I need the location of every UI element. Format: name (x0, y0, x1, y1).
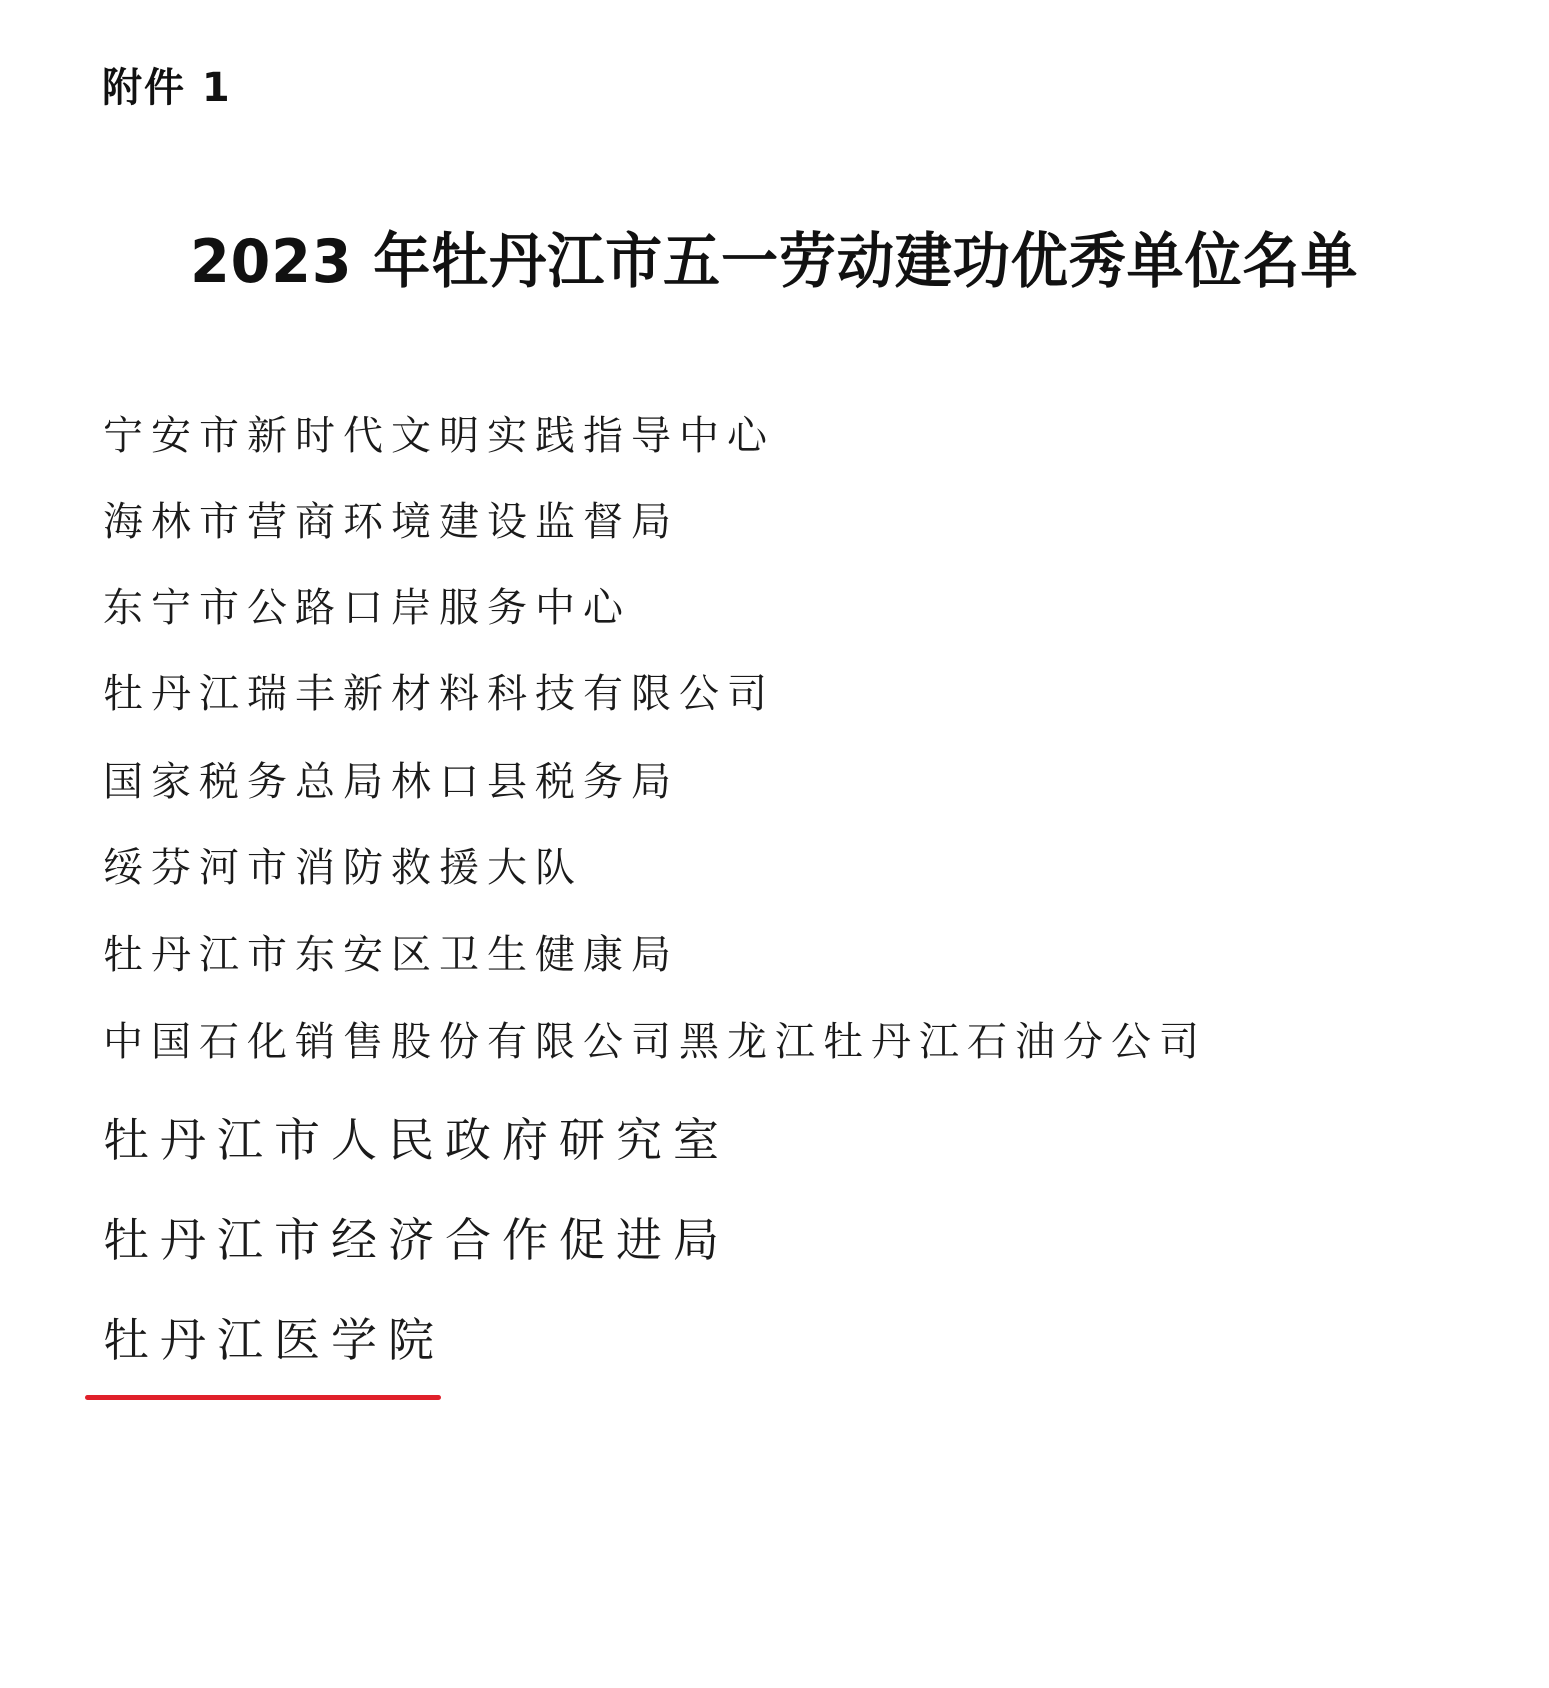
unit-item: 牡丹江市人民政府研究室 (103, 1110, 730, 1170)
unit-item-highlighted: 牡丹江医学院 (103, 1310, 445, 1370)
unit-item: 牡丹江瑞丰新材料科技有限公司 (103, 668, 775, 720)
red-underline (85, 1395, 441, 1400)
unit-item: 国家税务总局林口县税务局 (103, 756, 679, 808)
unit-item: 牡丹江市东安区卫生健康局 (103, 929, 679, 981)
unit-item: 绥芬河市消防救援大队 (103, 842, 583, 894)
unit-item: 海林市营商环境建设监督局 (103, 496, 679, 548)
document-title: 2023 年牡丹江市五一劳动建功优秀单位名单 (39, 222, 1511, 302)
unit-item: 东宁市公路口岸服务中心 (103, 582, 631, 634)
unit-item: 中国石化销售股份有限公司黑龙江牡丹江石油分公司 (103, 1016, 1207, 1068)
unit-item: 牡丹江市经济合作促进局 (103, 1210, 730, 1270)
attachment-label: 附件 1 (102, 62, 232, 114)
unit-item: 宁安市新时代文明实践指导中心 (103, 410, 775, 462)
